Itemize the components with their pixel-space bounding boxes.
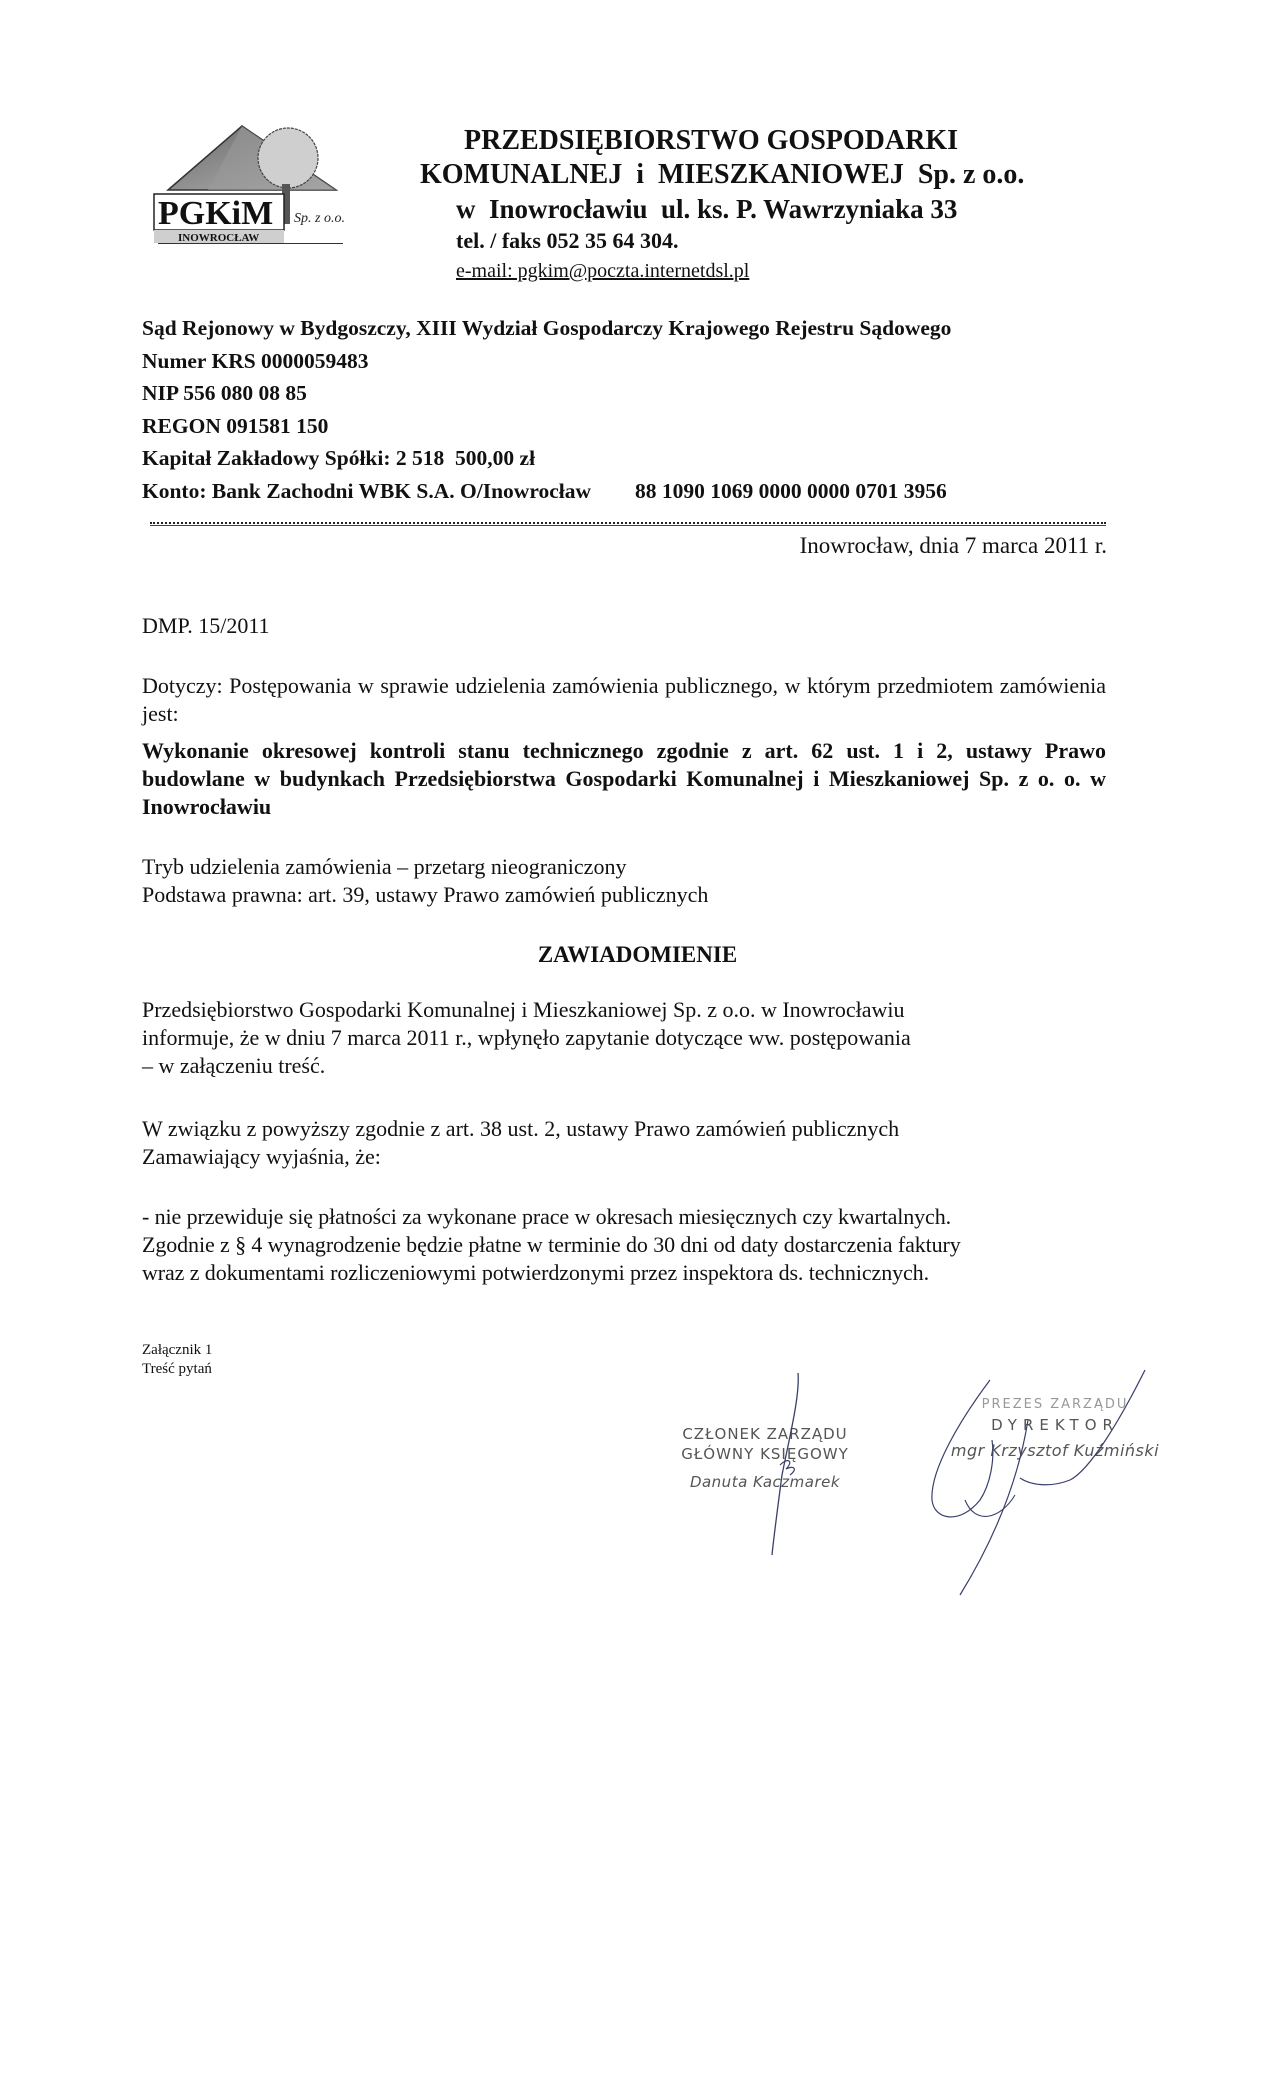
- registration-details: Sąd Rejonowy w Bydgoszczy, XIII Wydział …: [142, 312, 1132, 507]
- subject-intro: Dotyczy: Postępowania w sprawie udzielen…: [142, 672, 1106, 728]
- attachment-note: Załącznik 1 Treść pytań: [142, 1341, 212, 1379]
- paragraph-line: – w załączeniu treść.: [142, 1052, 1106, 1080]
- procedure-info: Tryb udzielenia zamówienia – przetarg ni…: [142, 853, 1106, 909]
- svg-text:Sp. z o.o.: Sp. z o.o.: [294, 211, 345, 226]
- paragraph-line: Zamawiający wyjaśnia, że:: [142, 1143, 1106, 1171]
- krs-number: Numer KRS 0000059483: [142, 345, 1132, 378]
- paragraph-3: - nie przewiduje się płatności za wykona…: [142, 1203, 1106, 1287]
- company-name-line1: PRZEDSIĘBIORSTWO GOSPODARKI: [464, 124, 1100, 158]
- procedure-legal-basis: Podstawa prawna: art. 39, ustawy Prawo z…: [142, 881, 1106, 909]
- bank-account-number: 88 1090 1069 0000 0000 0701 3956: [635, 479, 947, 503]
- handwritten-signature-icon: [760, 1365, 820, 1565]
- header-divider: [150, 522, 1106, 524]
- svg-text:PGKiM: PGKiM: [158, 195, 273, 232]
- company-email-link[interactable]: e-mail: pgkim@poczta.internetdsl.pl: [456, 256, 1100, 286]
- company-header: PRZEDSIĘBIORSTWO GOSPODARKI KOMUNALNEJ i…: [440, 124, 1100, 286]
- logo-divider: [158, 243, 343, 244]
- house-tree-logo-icon: PGKiM INOWROCŁAW Sp. z o.o.: [148, 118, 370, 248]
- attachment-description: Treść pytań: [142, 1360, 212, 1379]
- paragraph-line: Przedsiębiorstwo Gospodarki Komunalnej i…: [142, 996, 1106, 1024]
- court-registration: Sąd Rejonowy w Bydgoszczy, XIII Wydział …: [142, 312, 1132, 345]
- paragraph-1: Przedsiębiorstwo Gospodarki Komunalnej i…: [142, 996, 1106, 1080]
- date-line: Inowrocław, dnia 7 marca 2011 r.: [800, 531, 1107, 561]
- paragraph-line: wraz z dokumentami rozliczeniowymi potwi…: [142, 1259, 1106, 1287]
- reference-number: DMP. 15/2011: [142, 613, 270, 639]
- regon-number: REGON 091581 150: [142, 410, 1132, 443]
- bank-account: Konto: Bank Zachodni WBK S.A. O/Inowrocł…: [142, 475, 1132, 508]
- company-logo: PGKiM INOWROCŁAW Sp. z o.o.: [148, 118, 370, 248]
- subject-title: Wykonanie okresowej kontroli stanu techn…: [142, 737, 1106, 821]
- share-capital: Kapitał Zakładowy Spółki: 2 518 500,00 z…: [142, 442, 1132, 475]
- procedure-mode: Tryb udzielenia zamówienia – przetarg ni…: [142, 853, 1106, 881]
- paragraph-line: W związku z powyższy zgodnie z art. 38 u…: [142, 1115, 1106, 1143]
- handwritten-signature-icon: [920, 1360, 1160, 1600]
- paragraph-line: informuje, że w dniu 7 marca 2011 r., wp…: [142, 1024, 1106, 1052]
- company-address: w Inowrocławiu ul. ks. P. Wawrzyniaka 33: [456, 192, 1100, 226]
- company-phone: tel. / faks 052 35 64 304.: [456, 226, 1100, 256]
- company-name-line2: KOMUNALNEJ i MIESZKANIOWEJ Sp. z o.o.: [420, 158, 1100, 192]
- paragraph-line: - nie przewiduje się płatności za wykona…: [142, 1203, 1106, 1231]
- paragraph-line: Zgodnie z § 4 wynagrodzenie będzie płatn…: [142, 1231, 1106, 1259]
- attachment-label: Załącznik 1: [142, 1341, 212, 1360]
- notice-title: ZAWIADOMIENIE: [0, 942, 1275, 968]
- header-divider-line: [150, 525, 1106, 526]
- nip-number: NIP 556 080 08 85: [142, 377, 1132, 410]
- paragraph-2: W związku z powyższy zgodnie z art. 38 u…: [142, 1115, 1106, 1171]
- bank-account-label: Konto: Bank Zachodni WBK S.A. O/Inowrocł…: [142, 479, 591, 503]
